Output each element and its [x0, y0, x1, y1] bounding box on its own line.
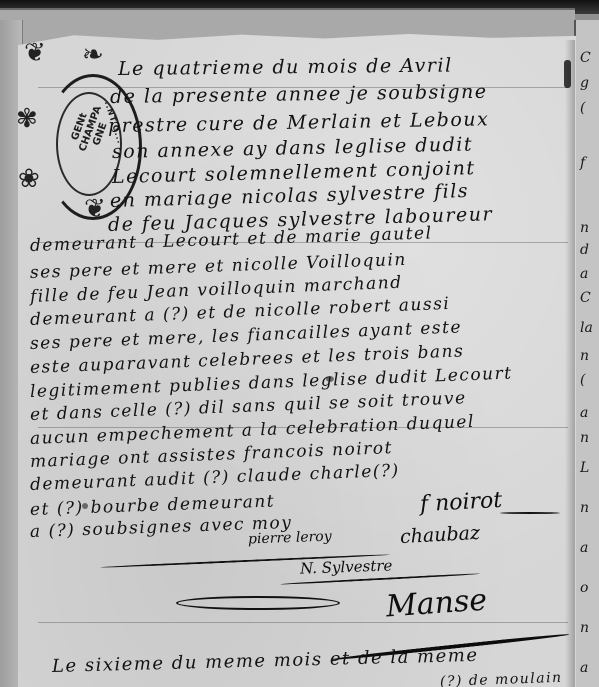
facing-page-glyph: la — [580, 320, 593, 336]
page-fold-shadow — [565, 40, 575, 687]
ink-blot — [82, 503, 88, 509]
facing-page-glyph: n — [580, 348, 589, 364]
ink-blot — [564, 60, 571, 88]
facing-page-glyph: a — [580, 660, 588, 676]
signature-flourish — [176, 596, 340, 610]
facing-page-glyph: o — [580, 580, 588, 596]
facing-page-glyph: C — [580, 50, 591, 66]
facing-page-glyph: ( — [580, 372, 585, 388]
facing-page-glyph: n — [580, 500, 589, 516]
facing-page-glyph: a — [580, 540, 588, 556]
facing-page-glyph: f — [580, 155, 585, 171]
facing-page-edge: C g ( f n d a C la n ( a n L n a o n a — [574, 20, 599, 687]
facing-page-glyph: a — [580, 266, 588, 282]
record-line: Le quatrieme du mois de Avril — [118, 54, 453, 80]
signature-sylvestre: N. Sylvestre — [300, 556, 393, 577]
facing-page-glyph: g — [580, 75, 589, 91]
facing-page-glyph: n — [580, 220, 589, 236]
signature-flourish — [500, 512, 560, 514]
facing-page-glyph: ( — [580, 100, 585, 116]
facing-page-glyph: C — [580, 290, 591, 306]
signature-leroy: pierre leroy — [248, 529, 332, 548]
facing-page-glyph: a — [580, 405, 588, 421]
facing-page-glyph: n — [580, 430, 589, 446]
stamp-crown-ornament-icon: ❦ — [24, 38, 46, 68]
document-scan: C g ( f n d a C la n ( a n L n a o n a ❦… — [0, 0, 599, 687]
signature-manse: Manse — [385, 583, 488, 625]
facing-page-glyph: L — [580, 460, 589, 476]
ruling-line — [38, 622, 568, 623]
facing-page-glyph: n — [580, 620, 589, 636]
stamp-leaf-ornament-icon: ✾ — [16, 104, 38, 134]
signature-noirot: f noirot — [419, 488, 502, 517]
ink-blot — [326, 376, 334, 382]
stamp-leaf-ornament-icon: ❀ — [18, 164, 40, 194]
signature-chaubaz: chaubaz — [399, 522, 480, 548]
facing-page-glyph: d — [580, 242, 589, 258]
stamp-leaf-ornament-icon: ❧ — [82, 40, 104, 70]
